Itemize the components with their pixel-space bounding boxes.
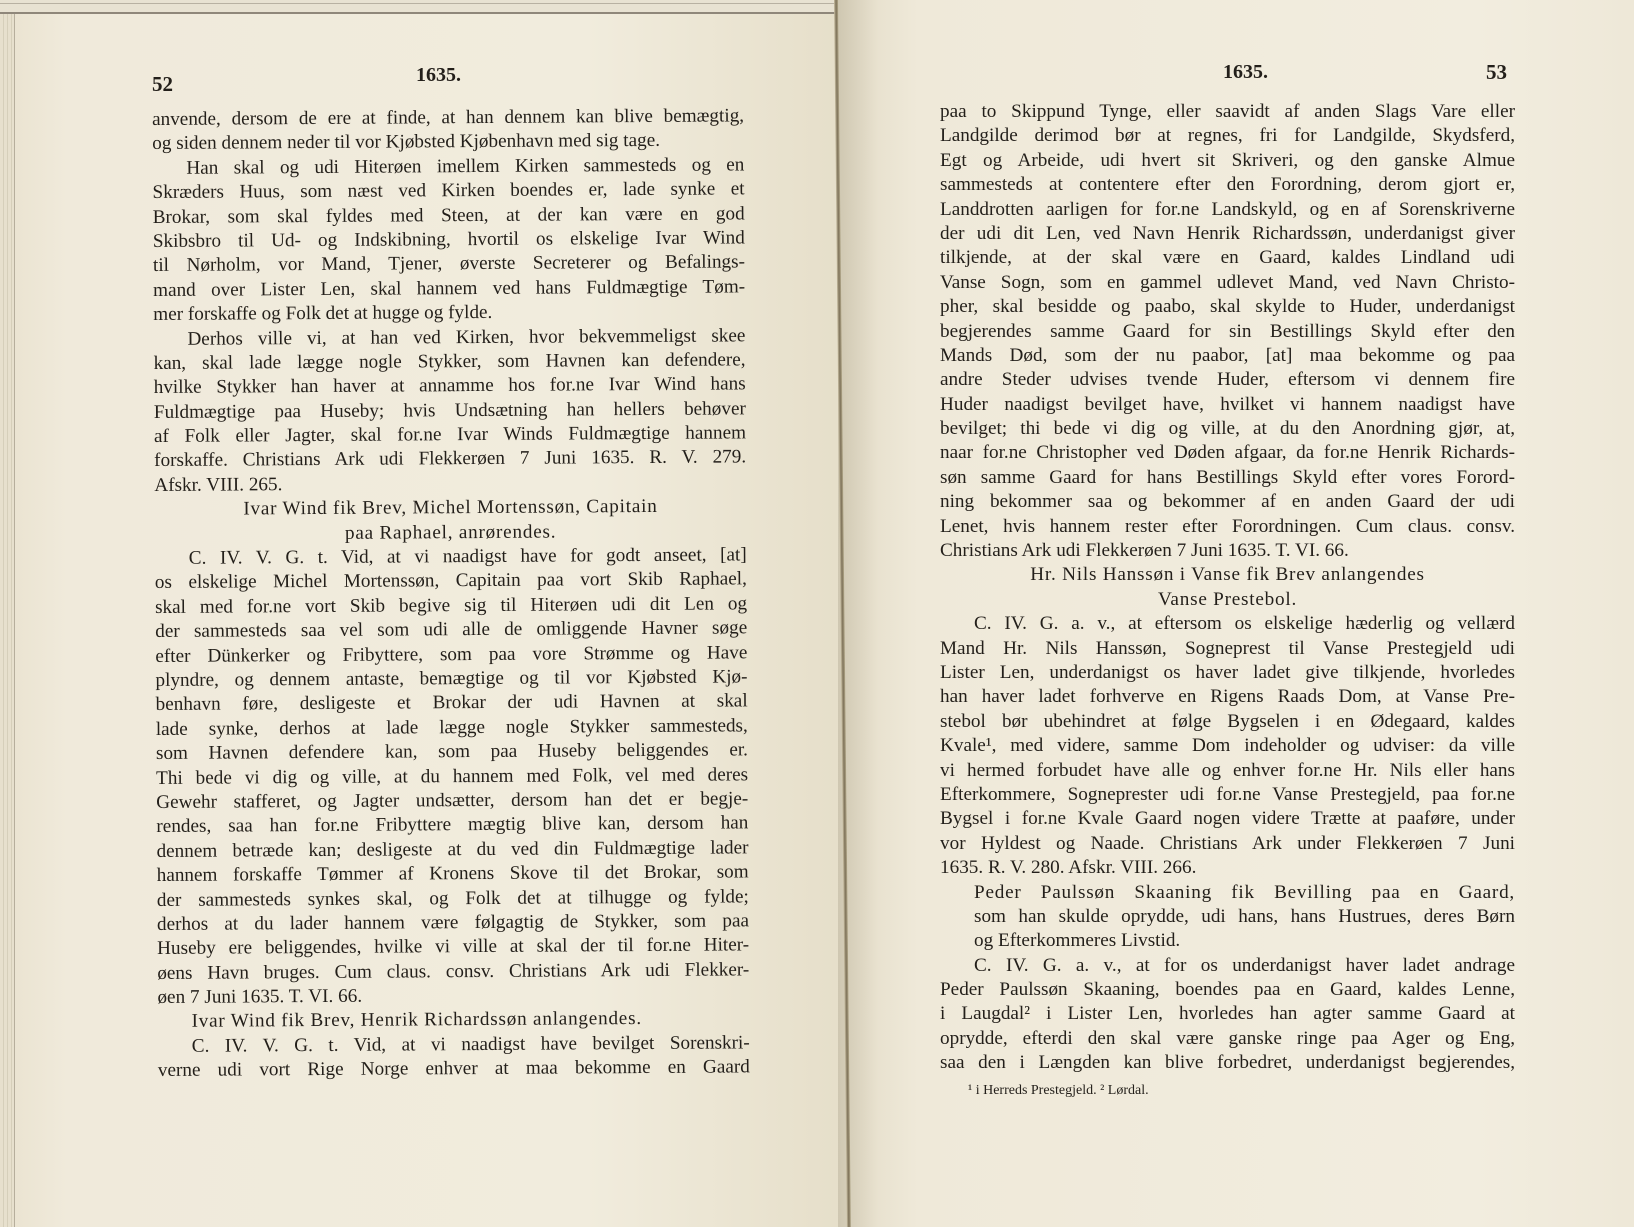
text-line: forskaffe. Christians Ark udi Flekkerøen… bbox=[154, 446, 746, 474]
text-line: søn samme Gaard for hans Bestillings Sky… bbox=[940, 466, 1515, 490]
text-line: Huder naadigst bevilget have, hvilket vi… bbox=[940, 393, 1515, 417]
text-line: Mand Hr. Nils Hanssøn, Sogneprest til Va… bbox=[940, 637, 1515, 661]
text-line: oprydde, efterdi den skal være ganske ri… bbox=[940, 1027, 1515, 1051]
page-stack-edge bbox=[0, 0, 15, 1227]
text-line: som Havnen defendere kan, som paa Huseby… bbox=[156, 739, 748, 767]
text-line: Gewehr stafferet, og Jagter undsætter, d… bbox=[156, 787, 748, 815]
text-line: sammesteds at contentere efter den Foror… bbox=[940, 173, 1515, 197]
text-line: rendes, saa han for.ne Fribyttere mægtig… bbox=[156, 812, 748, 840]
text-line: Christians Ark udi Flekkerøen 7 Juni 163… bbox=[940, 539, 1515, 563]
text-line: i Laugdal² i Lister Len, hvorledes han a… bbox=[940, 1002, 1515, 1026]
text-line: C. IV. G. a. v., at eftersom os elskelig… bbox=[940, 612, 1515, 636]
text-line: verne udi vort Rige Norge enhver at maa … bbox=[158, 1056, 750, 1084]
text-line: Thi bede vi dig og ville, at du hannem m… bbox=[156, 763, 748, 791]
running-head-left: 1635. bbox=[416, 64, 461, 87]
text-line: pher, skal besidde og paabo, skal skylde… bbox=[940, 295, 1515, 319]
text-line: bevilget; thi bede vi dig og ville, at d… bbox=[940, 417, 1515, 441]
text-line: som han skulde oprydde, udi hans, hans H… bbox=[940, 905, 1515, 929]
text-line: plyndre, og dennem antaste, bemægtige og… bbox=[155, 665, 747, 693]
text-line: vor Hyldest og Naade. Christians Ark und… bbox=[940, 832, 1515, 856]
text-line: C. IV. G. a. v., at for os underdanigst … bbox=[940, 954, 1515, 978]
right-page: 1635. 53 paa to Skippund Tynge, eller sa… bbox=[838, 0, 1634, 1227]
text-line: naar for.ne Christopher ved Døden afgaar… bbox=[940, 441, 1515, 465]
text-line: mand over Lister Len, skal hannem ved ha… bbox=[153, 275, 745, 303]
text-line: Fuldmægtige paa Huseby; hvis Undsætning … bbox=[154, 397, 746, 425]
text-line: derhos at du lader hannem være følgagtig… bbox=[157, 909, 749, 937]
text-line: Landdrotten aarligen for for.ne Landskyl… bbox=[940, 198, 1515, 222]
text-line: Egt og Arbeide, udi hvert sit Skriveri, … bbox=[940, 149, 1515, 173]
book-spread: 52 1635. anvende, dersom de ere at finde… bbox=[0, 0, 1634, 1227]
right-page-body: paa to Skippund Tynge, eller saavidt af … bbox=[940, 100, 1515, 1076]
text-line: saa den i Længden kan blive forbedret, u… bbox=[940, 1051, 1515, 1075]
text-line: anvende, dersom de ere at finde, at han … bbox=[152, 104, 744, 132]
text-line: benhavn føre, desligeste et Brokar der u… bbox=[156, 690, 748, 718]
text-line: Afskr. VIII. 265. bbox=[154, 470, 746, 498]
text-line: C. IV. V. G. t. Vid, at vi naadigst have… bbox=[155, 543, 747, 571]
text-line: der sammesteds saa vel som udi alle de o… bbox=[155, 617, 747, 645]
text-line: øen 7 Juni 1635. T. VI. 66. bbox=[157, 982, 749, 1010]
text-line: tilkjende, at der skal være en Gaard, ka… bbox=[940, 246, 1515, 270]
text-line: Skræders Huus, som næst ved Kirken boend… bbox=[152, 178, 744, 206]
text-line: hvilke Stykker han haver at annamme hos … bbox=[154, 373, 746, 401]
text-line: der udi dit Len, ved Navn Henrik Richard… bbox=[940, 222, 1515, 246]
text-line: Derhos ville vi, at han ved Kirken, hvor… bbox=[153, 324, 745, 352]
text-line: Bygsel i for.ne Kvale Gaard nogen videre… bbox=[940, 807, 1515, 831]
text-line: Peder Paulssøn Skaaning, boendes paa en … bbox=[940, 978, 1515, 1002]
text-line: Skibsbro til Ud- og Indskibning, hvortil… bbox=[153, 226, 745, 254]
text-line: Huseby ere beliggendes, hvilke vi ville … bbox=[157, 934, 749, 962]
footnotes: ¹ i Herreds Prestegjeld. ² Lørdal. bbox=[968, 1083, 1149, 1099]
text-line: andre Steder udvises tvende Huder, efter… bbox=[940, 368, 1515, 392]
text-line: hannem forskaffe Tømmer af Kronens Skove… bbox=[157, 860, 749, 888]
text-line: Vanse Prestebol. bbox=[940, 588, 1515, 612]
text-line: ning bekommer saa og bekommer af en ande… bbox=[940, 490, 1515, 514]
text-line: Vanse Sogn, som en gammel udlevet Mand, … bbox=[940, 271, 1515, 295]
text-line: af Folk eller Jagter, skal for.ne Ivar W… bbox=[154, 421, 746, 449]
text-line: Brokar, som skal fyldes med Steen, at de… bbox=[153, 202, 745, 230]
text-line: der sammesteds synkes skal, og Folk det … bbox=[157, 885, 749, 913]
text-line: 1635. R. V. 280. Afskr. VIII. 266. bbox=[940, 856, 1515, 880]
text-line: Kvale¹, med videre, samme Dom indeholder… bbox=[940, 734, 1515, 758]
text-line: begjerendes samme Gaard for sin Bestilli… bbox=[940, 320, 1515, 344]
left-page-body: anvende, dersom de ere at finde, at han … bbox=[152, 104, 750, 1083]
text-line: dennem betræde kan; desligeste at du ved… bbox=[156, 836, 748, 864]
text-line: paa Raphael, anrørendes. bbox=[155, 519, 747, 547]
text-line: kan, skal lade lægge nogle Stykker, som … bbox=[153, 348, 745, 376]
text-line: øens Havn bruges. Cum claus. consv. Chri… bbox=[157, 958, 749, 986]
top-page-edge-line bbox=[0, 3, 838, 4]
text-line: Lister Len, underdanigst os haver ladet … bbox=[940, 661, 1515, 685]
left-page: 52 1635. anvende, dersom de ere at finde… bbox=[0, 0, 838, 1227]
text-line: til Nørholm, vor Mand, Tjener, øverste S… bbox=[153, 251, 745, 279]
text-line: Lenet, hvis hannem rester efter Forordni… bbox=[940, 515, 1515, 539]
text-line: Landgilde derimod bør at regnes, fri for… bbox=[940, 124, 1515, 148]
text-line: os elskelige Michel Mortenssøn, Capitain… bbox=[155, 568, 747, 596]
text-line: Peder Paulssøn Skaaning fik Bevilling pa… bbox=[940, 881, 1515, 905]
text-line: han haver ladet forhverve en Rigens Raad… bbox=[940, 685, 1515, 709]
text-line: skal med for.ne vort Skib begive sig til… bbox=[155, 592, 747, 620]
text-line: og siden dennem neder til vor Kjøbsted K… bbox=[152, 129, 744, 157]
page-number-left: 52 bbox=[152, 72, 173, 97]
text-line: Efterkommere, Sogneprester udi for.ne Va… bbox=[940, 783, 1515, 807]
text-line: Hr. Nils Hanssøn i Vanse fik Brev anlang… bbox=[940, 563, 1515, 587]
text-line: stebol bør ubehindret at følge Bygselen … bbox=[940, 710, 1515, 734]
text-line: og Efterkommeres Livstid. bbox=[940, 929, 1515, 953]
text-line: mer forskaffe og Folk det at hugge og fy… bbox=[153, 300, 745, 328]
text-line: Ivar Wind fik Brev, Henrik Richardssøn a… bbox=[158, 1007, 750, 1035]
text-line: Han skal og udi Hiterøen imellem Kirken … bbox=[152, 153, 744, 181]
page-number-right: 53 bbox=[1486, 60, 1507, 85]
running-head-right: 1635. bbox=[1223, 61, 1268, 84]
text-line: vi hermed forbudet have alle og enhver f… bbox=[940, 759, 1515, 783]
text-line: Mands Død, som der nu paabor, [at] maa b… bbox=[940, 344, 1515, 368]
text-line: efter Dünkerker og Fribyttere, som paa v… bbox=[155, 641, 747, 669]
text-line: C. IV. V. G. t. Vid, at vi naadigst have… bbox=[158, 1031, 750, 1059]
text-line: paa to Skippund Tynge, eller saavidt af … bbox=[940, 100, 1515, 124]
text-line: Ivar Wind fik Brev, Michel Mortenssøn, C… bbox=[154, 495, 746, 523]
text-line: lade synke, derhos at lade lægge nogle S… bbox=[156, 714, 748, 742]
